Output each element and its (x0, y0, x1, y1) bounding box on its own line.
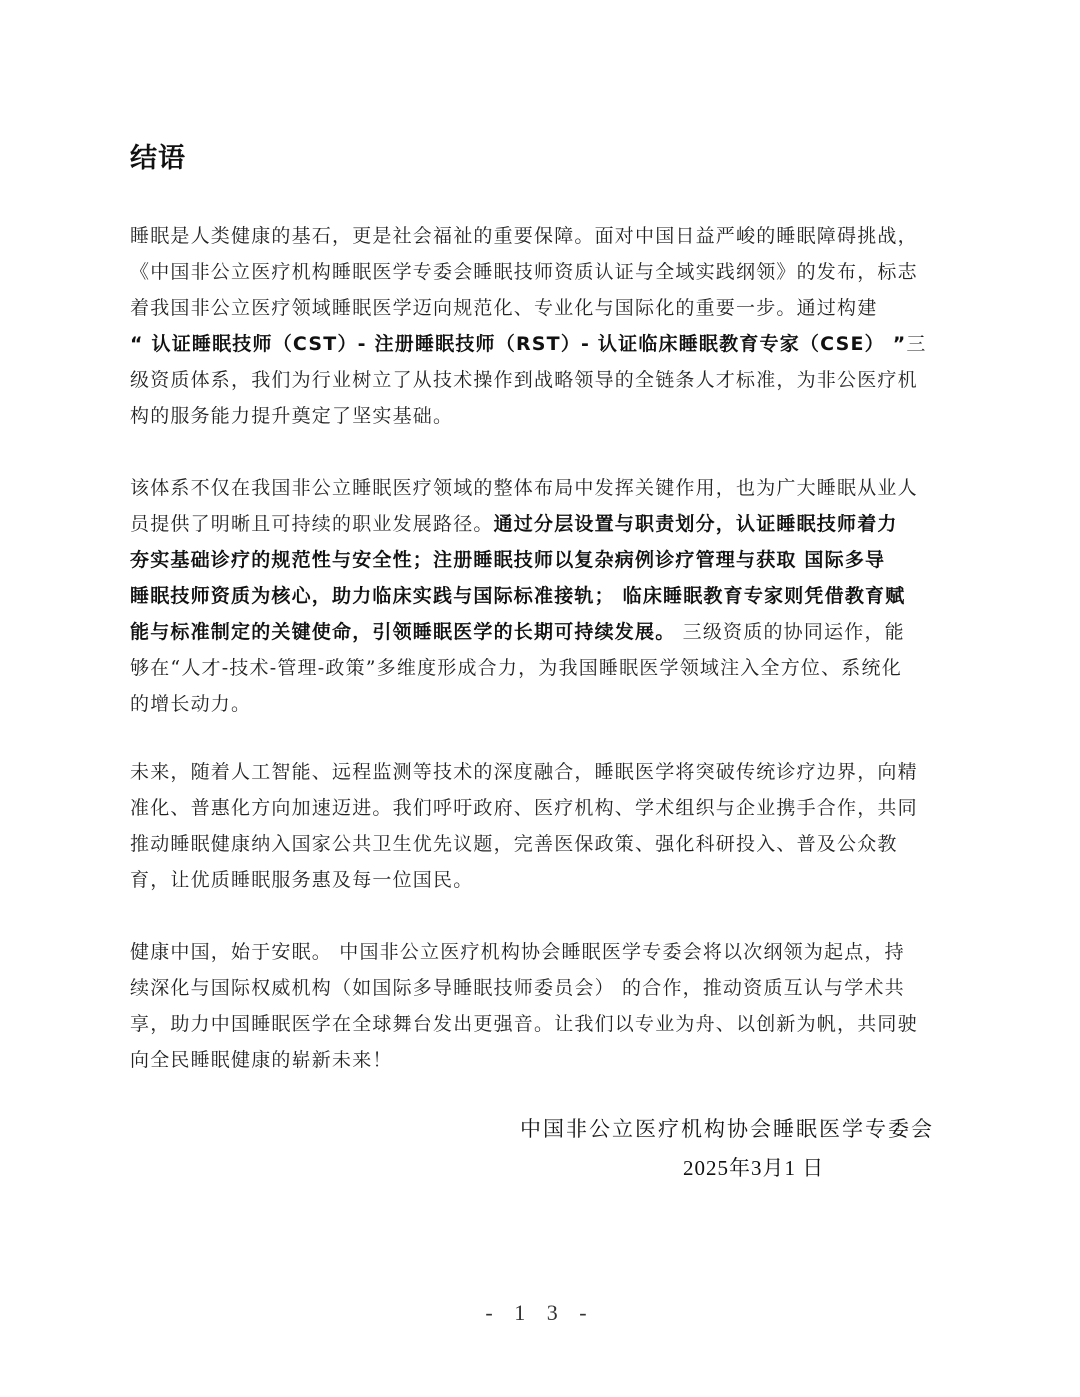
bold-text: 夯实基础诊疗的规范性与安全性；注册睡眠技师以复杂病例诊疗管理与获取 国际多导 (130, 549, 885, 571)
body-text: 够在“人才-技术-管理-政策”多维度形成合力，为我国睡眠医学领域注入全方位、系统… (130, 657, 902, 679)
bold-text: 通过分层设置与职责划分，认证睡眠技师着力 (494, 513, 898, 535)
text-line: 够在“人才-技术-管理-政策”多维度形成合力，为我国睡眠医学领域注入全方位、系统… (130, 650, 954, 686)
text-line: 向全民睡眠健康的崭新未来！ (130, 1042, 954, 1078)
body-text: 睡眠是人类健康的基石，更是社会福祉的重要保障。面对中国日益严峻的睡眠障碍挑战， (130, 225, 918, 247)
text-line: 构的服务能力提升奠定了坚实基础。 (130, 398, 954, 434)
text-line: “ 认证睡眠技师（CST）- 注册睡眠技师（RST）- 认证临床睡眠教育专家（C… (130, 326, 954, 362)
body-text: 健康中国，始于安眠。 中国非公立医疗机构协会睡眠医学专委会将以次纲领为起点，持 (130, 941, 905, 963)
signature-organization: 中国非公立医疗机构协会睡眠医学专委会 (520, 1113, 970, 1143)
body-text: 着我国非公立医疗领域睡眠医学迈向规范化、专业化与国际化的重要一步。通过构建 (130, 297, 877, 319)
body-text: 构的服务能力提升奠定了坚实基础。 (130, 405, 453, 427)
text-line: 享，助力中国睡眠医学在全球舞台发出更强音。让我们以专业为舟、以创新为帆，共同驶 (130, 1006, 954, 1042)
page-number: - 1 3 - (0, 1300, 1080, 1326)
bold-text: 睡眠技师资质为核心，助力临床实践与国际标准接轨； 临床睡眠教育专家则凭借教育赋 (130, 585, 905, 607)
body-text: 《中国非公立医疗机构睡眠医学专委会睡眠技师资质认证与全域实践纲领》的发布，标志 (130, 261, 918, 283)
body-text: 的增长动力。 (130, 693, 251, 715)
paragraph-3: 未来，随着人工智能、远程监测等技术的深度融合，睡眠医学将突破传统诊疗边界，向精准… (130, 754, 954, 898)
body-text: 三 (906, 333, 926, 355)
paragraph-1: 睡眠是人类健康的基石，更是社会福祉的重要保障。面对中国日益严峻的睡眠障碍挑战，《… (130, 218, 954, 434)
text-line: 该体系不仅在我国非公立睡眠医疗领域的整体布局中发挥关键作用，也为广大睡眠从业人 (130, 470, 954, 506)
text-line: 员提供了明晰且可持续的职业发展路径。通过分层设置与职责划分，认证睡眠技师着力 (130, 506, 954, 542)
body-text: 享，助力中国睡眠医学在全球舞台发出更强音。让我们以专业为舟、以创新为帆，共同驶 (130, 1013, 918, 1035)
section-title: 结语 (130, 136, 186, 175)
body-text: 推动睡眠健康纳入国家公共卫生优先议题，完善医保政策、强化科研投入、普及公众教 (130, 833, 898, 855)
text-line: 未来，随着人工智能、远程监测等技术的深度融合，睡眠医学将突破传统诊疗边界，向精 (130, 754, 954, 790)
document-page: 结语 睡眠是人类健康的基石，更是社会福祉的重要保障。面对中国日益严峻的睡眠障碍挑… (0, 0, 1080, 1397)
text-line: 睡眠是人类健康的基石，更是社会福祉的重要保障。面对中国日益严峻的睡眠障碍挑战， (130, 218, 954, 254)
text-line: 《中国非公立医疗机构睡眠医学专委会睡眠技师资质认证与全域实践纲领》的发布，标志 (130, 254, 954, 290)
text-line: 级资质体系，我们为行业树立了从技术操作到战略领导的全链条人才标准，为非公医疗机 (130, 362, 954, 398)
body-text: 三级资质的协同运作，能 (675, 621, 904, 643)
body-text: 准化、普惠化方向加速迈进。我们呼吁政府、医疗机构、学术组织与企业携手合作，共同 (130, 797, 918, 819)
text-line: 续深化与国际权威机构（如国际多导睡眠技师委员会） 的合作，推动资质互认与学术共 (130, 970, 954, 1006)
text-line: 准化、普惠化方向加速迈进。我们呼吁政府、医疗机构、学术组织与企业携手合作，共同 (130, 790, 954, 826)
text-line: 的增长动力。 (130, 686, 954, 722)
text-line: 睡眠技师资质为核心，助力临床实践与国际标准接轨； 临床睡眠教育专家则凭借教育赋 (130, 578, 954, 614)
body-text: 续深化与国际权威机构（如国际多导睡眠技师委员会） 的合作，推动资质互认与学术共 (130, 977, 905, 999)
bold-text: 能与标准制定的关键使命，引领睡眠医学的长期可持续发展。 (130, 621, 675, 643)
body-text: 该体系不仅在我国非公立睡眠医疗领域的整体布局中发挥关键作用，也为广大睡眠从业人 (130, 477, 918, 499)
body-text: 未来，随着人工智能、远程监测等技术的深度融合，睡眠医学将突破传统诊疗边界，向精 (130, 761, 918, 783)
body-text: 员提供了明晰且可持续的职业发展路径。 (130, 513, 494, 535)
text-line: 健康中国，始于安眠。 中国非公立医疗机构协会睡眠医学专委会将以次纲领为起点，持 (130, 934, 954, 970)
paragraph-4: 健康中国，始于安眠。 中国非公立医疗机构协会睡眠医学专委会将以次纲领为起点，持续… (130, 934, 954, 1078)
text-line: 着我国非公立医疗领域睡眠医学迈向规范化、专业化与国际化的重要一步。通过构建 (130, 290, 954, 326)
paragraph-2: 该体系不仅在我国非公立睡眠医疗领域的整体布局中发挥关键作用，也为广大睡眠从业人员… (130, 470, 954, 722)
text-line: 夯实基础诊疗的规范性与安全性；注册睡眠技师以复杂病例诊疗管理与获取 国际多导 (130, 542, 954, 578)
text-line: 育，让优质睡眠服务惠及每一位国民。 (130, 862, 954, 898)
text-line: 能与标准制定的关键使命，引领睡眠医学的长期可持续发展。 三级资质的协同运作，能 (130, 614, 954, 650)
text-line: 推动睡眠健康纳入国家公共卫生优先议题，完善医保政策、强化科研投入、普及公众教 (130, 826, 954, 862)
body-text: 向全民睡眠健康的崭新未来！ (130, 1049, 393, 1071)
body-text: 育，让优质睡眠服务惠及每一位国民。 (130, 869, 473, 891)
signature-date: 2025年3月1 日 (683, 1152, 824, 1182)
body-text: 级资质体系，我们为行业树立了从技术操作到战略领导的全链条人才标准，为非公医疗机 (130, 369, 918, 391)
bold-text: “ 认证睡眠技师（CST）- 注册睡眠技师（RST）- 认证临床睡眠教育专家（C… (130, 333, 906, 355)
